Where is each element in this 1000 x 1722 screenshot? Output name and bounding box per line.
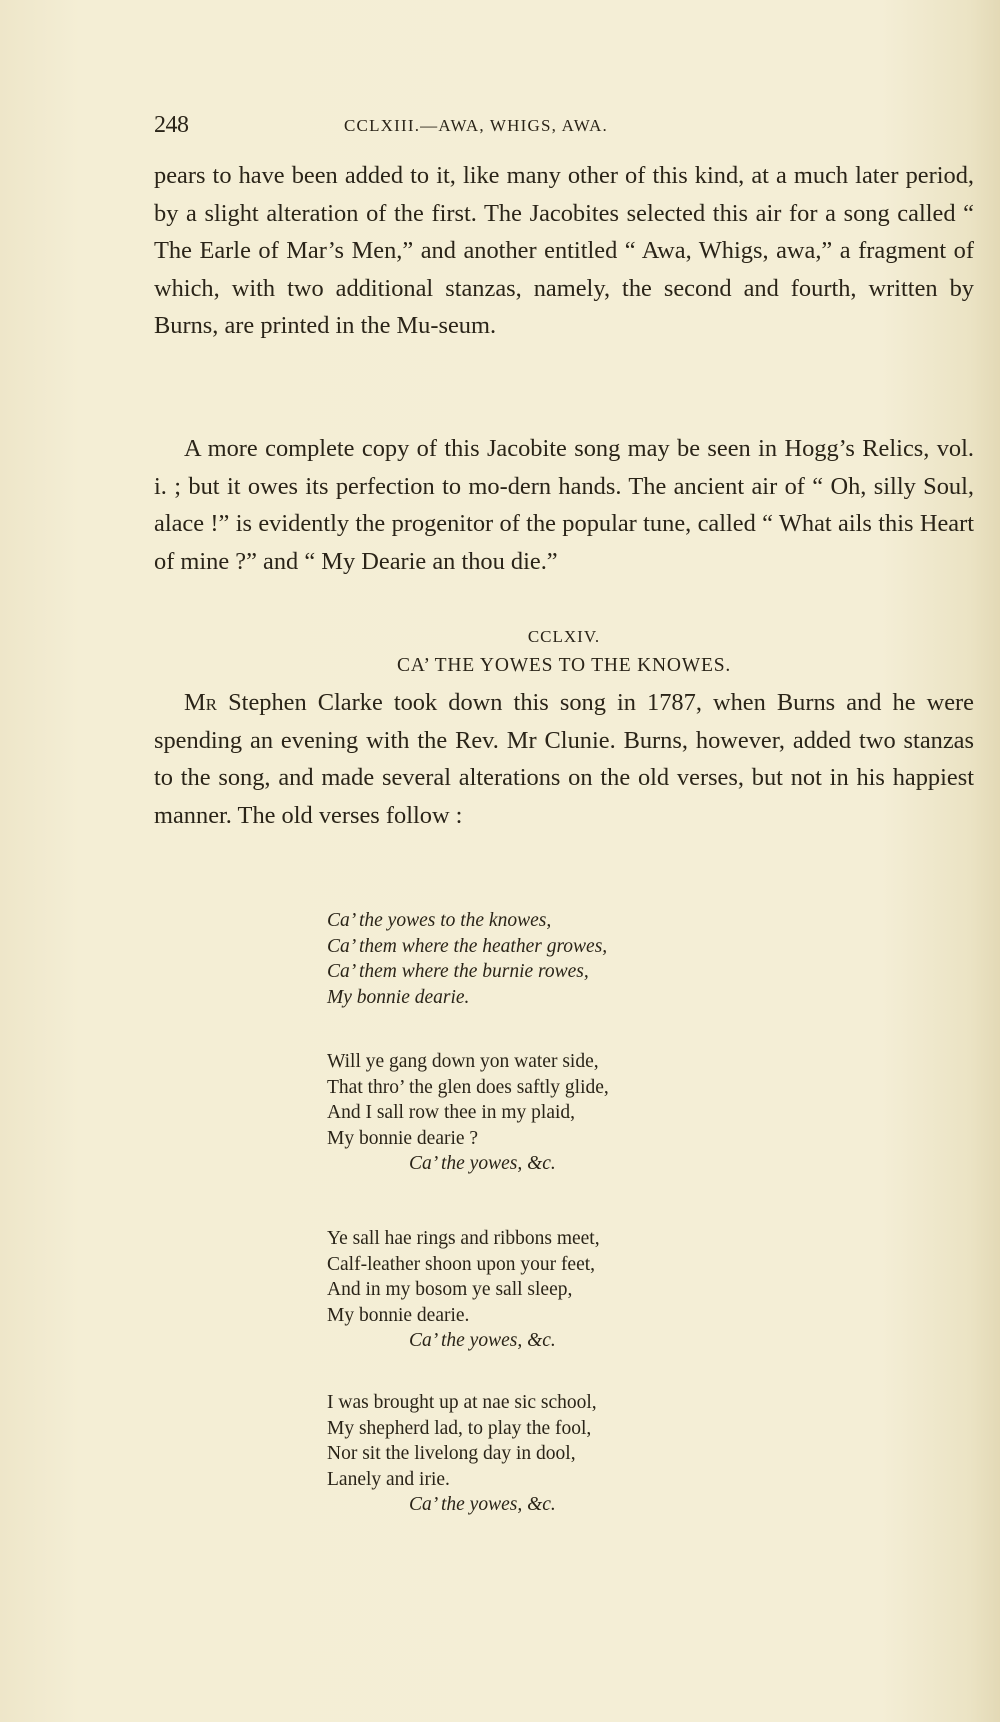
verse-line: Ca’ them where the heather growes, [327,934,847,960]
verse-refrain: Ca’ the yowes, &c. [327,1492,847,1518]
verse-stanza: I was brought up at nae sic school, My s… [327,1390,847,1518]
paragraph-continued: pears to have been added to it, like man… [154,157,974,345]
page-number: 248 [154,112,189,139]
running-head-title: CCLXIII.—AWA, WHIGS, AWA. [344,116,608,136]
verse-stanza: Will ye gang down yon water side, That t… [327,1049,847,1177]
verse-line: Ca’ them where the burnie rowes, [327,959,847,985]
verse-refrain: Ca’ the yowes, &c. [327,1328,847,1354]
verse-line: Ye sall hae rings and ribbons meet, [327,1226,847,1252]
section-number: CCLXIV. [154,627,974,647]
verse-line: That thro’ the glen does saftly glide, [327,1075,847,1101]
intro-text: Stephen Clarke took down this song in 17… [154,689,974,829]
verse-line: Calf-leather shoon upon your feet, [327,1252,847,1278]
paragraph-text: pears to have been added to it, like man… [154,157,974,345]
verse-refrain: Ca’ the yowes, &c. [327,1151,847,1177]
running-head: 248 CCLXIII.—AWA, WHIGS, AWA. [154,112,974,142]
verse-stanza-chorus: Ca’ the yowes to the knowes, Ca’ them wh… [327,908,847,1010]
verse-line: My bonnie dearie. [327,1303,847,1329]
honorific-smallcaps: Mr [184,689,217,716]
verse-line: Nor sit the livelong day in dool, [327,1441,847,1467]
verse-line: My bonnie dearie. [327,985,847,1011]
verse-line: And I sall row thee in my plaid, [327,1100,847,1126]
verse-line: And in my bosom ye sall sleep, [327,1277,847,1303]
book-page: 248 CCLXIII.—AWA, WHIGS, AWA. pears to h… [0,0,1000,1722]
section-title: CA’ THE YOWES TO THE KNOWES. [154,655,974,677]
verse-line: Ca’ the yowes to the knowes, [327,908,847,934]
paragraph-text: Mr Stephen Clarke took down this song in… [154,684,974,834]
verse-line: My shepherd lad, to play the fool, [327,1416,847,1442]
verse-line: Will ye gang down yon water side, [327,1049,847,1075]
verse-stanza: Ye sall hae rings and ribbons meet, Calf… [327,1226,847,1354]
paragraph: A more complete copy of this Jacobite so… [154,430,974,580]
section-intro-paragraph: Mr Stephen Clarke took down this song in… [154,684,974,834]
verse-line: I was brought up at nae sic school, [327,1390,847,1416]
paragraph-text: A more complete copy of this Jacobite so… [154,430,974,580]
verse-line: My bonnie dearie ? [327,1126,847,1152]
verse-line: Lanely and irie. [327,1467,847,1493]
